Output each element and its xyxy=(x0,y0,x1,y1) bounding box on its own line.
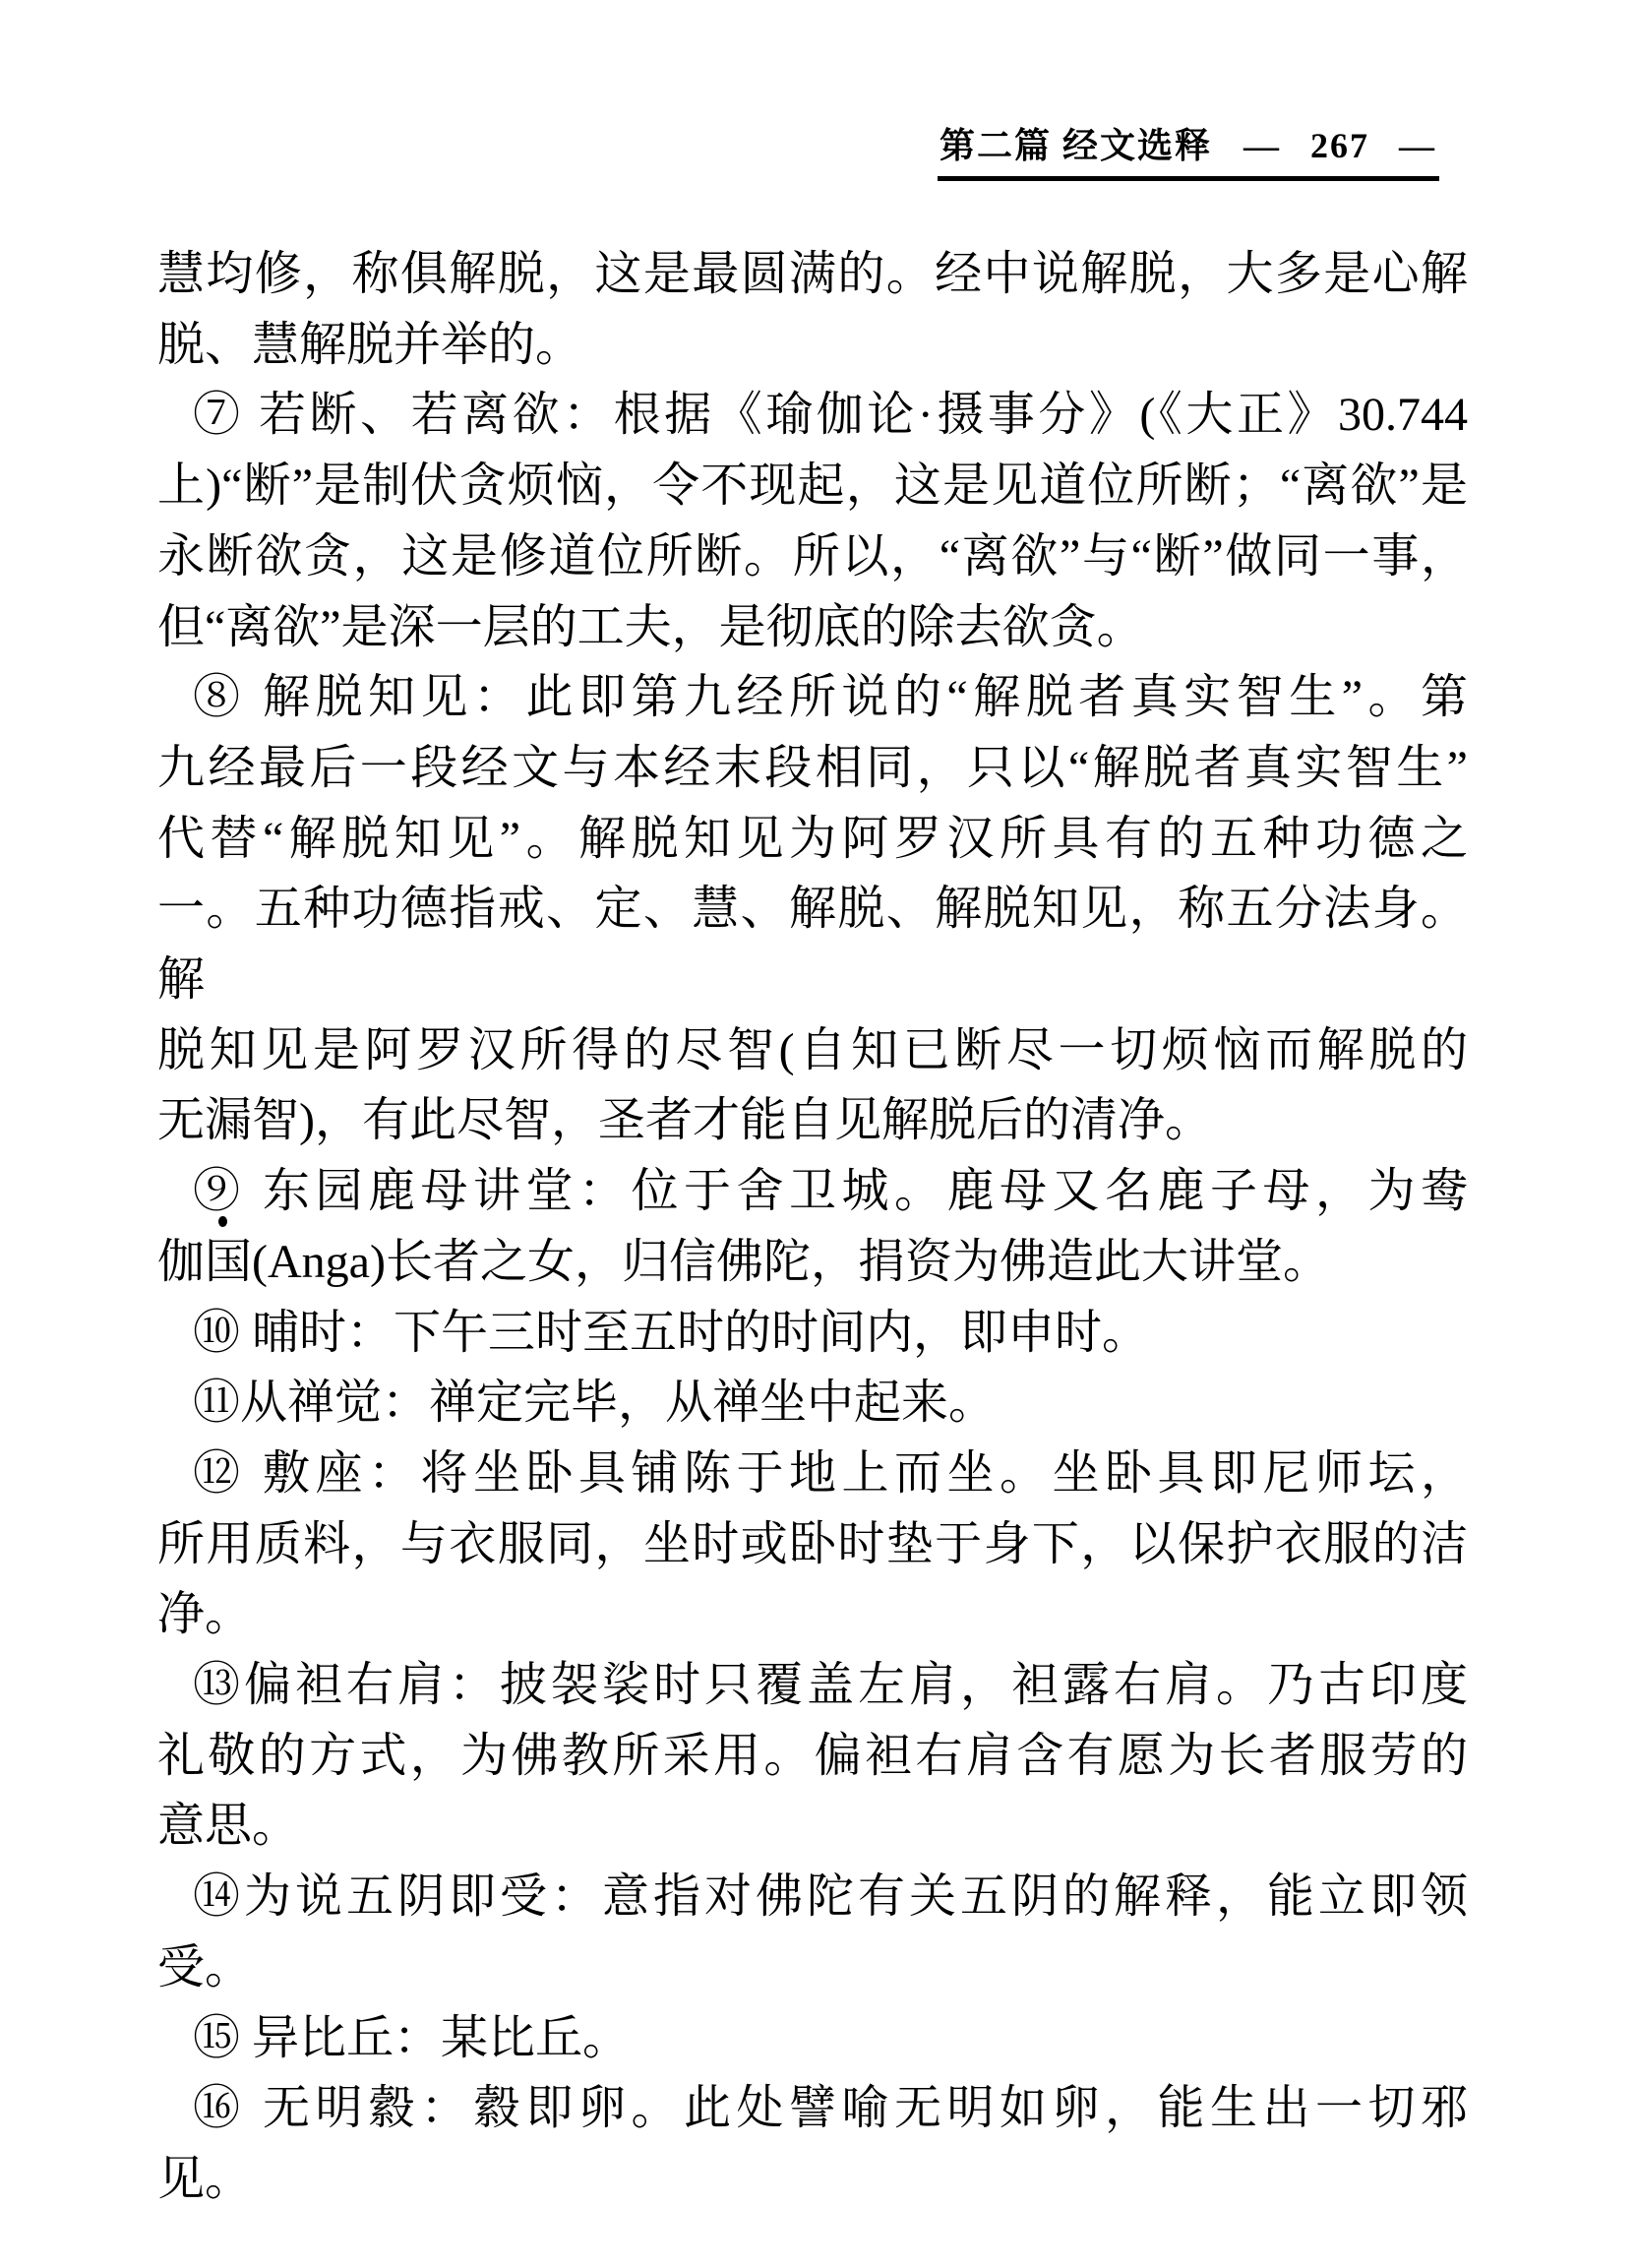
text-line: ⑬偏袒右肩：披袈裟时只覆盖左肩，袒露右肩。乃古印度 xyxy=(157,1650,1468,1721)
text-line: 伽国(Anga)长者之女，归信佛陀，捐资为佛造此大讲堂。 xyxy=(157,1227,1468,1298)
header-page-number: — 267 — xyxy=(1243,125,1436,166)
header-rule xyxy=(938,176,1439,181)
text-line: 礼敬的方式，为佛教所采用。偏袒右肩含有愿为长者服劳的 xyxy=(157,1721,1468,1792)
text-line: ⑪从禅觉：禅定完毕，从禅坐中起来。 xyxy=(157,1368,1468,1439)
text-line: ⑯ 无明縠：縠即卵。此处譬喻无明如卵，能生出一切邪 xyxy=(157,2073,1468,2144)
text-line: 见。 xyxy=(157,2144,1468,2215)
text-line: 脱、慧解脱并举的。 xyxy=(157,310,1468,381)
text-line: 一。五种功德指戒、定、慧、解脱、解脱知见，称五分法身。解 xyxy=(157,874,1468,1014)
text-line: ⑩ 晡时：下午三时至五时的时间内，即申时。 xyxy=(157,1298,1468,1369)
text-line: ⑨ 东园鹿母讲堂：位于舍卫城。鹿母又名鹿子母，为鸯 xyxy=(157,1156,1468,1227)
text-line: ⑦ 若断、若离欲：根据《瑜伽论·摄事分》(《大正》30.744 xyxy=(157,380,1468,451)
ink-speck xyxy=(218,1216,227,1227)
text-line: 受。 xyxy=(157,1932,1468,2003)
text-line: ⑧ 解脱知见：此即第九经所说的“解脱者真实智生”。第 xyxy=(157,662,1468,733)
header-dash-right: — xyxy=(1399,125,1436,166)
text-line: 永断欲贪，这是修道位所断。所以，“离欲”与“断”做同一事， xyxy=(157,521,1468,592)
header-dash-left: — xyxy=(1243,125,1281,166)
text-line: 但“离欲”是深一层的工夫，是彻底的除去欲贪。 xyxy=(157,592,1468,663)
text-line: 无漏智)，有此尽智，圣者才能自见解脱后的清净。 xyxy=(157,1085,1468,1156)
text-line: 所用质料，与衣服同，坐时或卧时垫于身下，以保护衣服的洁 xyxy=(157,1509,1468,1580)
header-section-title: 第二篇 经文选释 xyxy=(940,118,1212,168)
text-line: ⑫ 敷座：将坐卧具铺陈于地上而坐。坐卧具即尼师坛， xyxy=(157,1439,1468,1509)
text-line: ⑮ 异比丘：某比丘。 xyxy=(157,2003,1468,2074)
page-header: 第二篇 经文选释 — 267 — xyxy=(940,118,1436,168)
scanned-book-page: 第二篇 经文选释 — 267 — 慧均修，称俱解脱，这是最圆满的。经中说解脱，大… xyxy=(0,0,1637,2268)
page-number: 267 xyxy=(1310,125,1369,166)
text-line: 代替“解脱知见”。解脱知见为阿罗汉所具有的五种功德之 xyxy=(157,804,1468,875)
text-line: 慧均修，称俱解脱，这是最圆满的。经中说解脱，大多是心解 xyxy=(157,239,1468,310)
text-line: 上)“断”是制伏贪烦恼，令不现起，这是见道位所断；“离欲”是 xyxy=(157,451,1468,521)
body-text: 慧均修，称俱解脱，这是最圆满的。经中说解脱，大多是心解脱、慧解脱并举的。⑦ 若断… xyxy=(157,239,1468,2215)
text-line: 九经最后一段经文与本经末段相同，只以“解脱者真实智生” xyxy=(157,733,1468,804)
text-line: ⑭为说五阴即受：意指对佛陀有关五阴的解释，能立即领 xyxy=(157,1862,1468,1932)
text-line: 净。 xyxy=(157,1579,1468,1650)
text-line: 意思。 xyxy=(157,1791,1468,1862)
text-line: 脱知见是阿罗汉所得的尽智(自知已断尽一切烦恼而解脱的 xyxy=(157,1015,1468,1086)
